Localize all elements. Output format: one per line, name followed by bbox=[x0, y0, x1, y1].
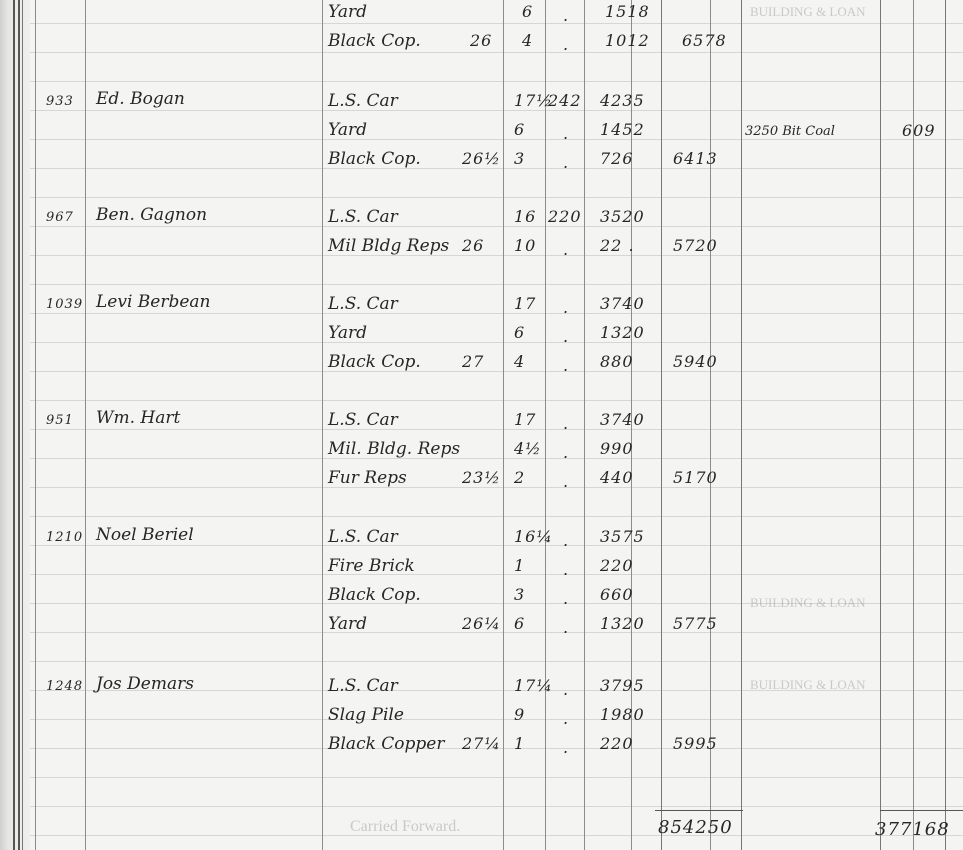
line-total: 5940 bbox=[673, 352, 718, 372]
binding-line bbox=[18, 0, 20, 850]
employee-name: Noel Beriel bbox=[96, 525, 194, 545]
employee-name: Levi Berbean bbox=[96, 292, 211, 312]
column-rule bbox=[503, 0, 504, 850]
line-description: L.S. Car bbox=[328, 676, 398, 696]
line-rate: . bbox=[563, 35, 569, 55]
employee-name: Ed. Bogan bbox=[96, 89, 185, 109]
line-rate-note: 27¼ bbox=[462, 734, 501, 754]
line-rate-note: 27 bbox=[462, 352, 484, 372]
line-description: Black Cop. bbox=[328, 149, 421, 169]
line-rate: . bbox=[563, 153, 569, 173]
line-hours: 4 bbox=[522, 31, 533, 51]
line-rate: . bbox=[563, 709, 569, 729]
line-description: L.S. Car bbox=[328, 410, 398, 430]
line-rate: . bbox=[563, 298, 569, 318]
column-rule bbox=[35, 0, 36, 850]
line-hours: 1 bbox=[514, 556, 525, 576]
total-wages: 854250 bbox=[658, 818, 733, 838]
total-underline bbox=[880, 810, 963, 811]
line-description: Yard bbox=[328, 614, 367, 634]
line-hours: 4 bbox=[514, 352, 525, 372]
line-rate: . bbox=[563, 560, 569, 580]
line-rate-note: 26 bbox=[470, 31, 492, 51]
line-rate: . bbox=[563, 240, 569, 260]
line-amount: 880 bbox=[600, 352, 634, 372]
ledger-page: BUILDING & LOAN BUILDING & LOAN BUILDING… bbox=[0, 0, 963, 850]
employee-number: 1039 bbox=[46, 295, 83, 315]
line-amount: 1518 bbox=[605, 2, 650, 22]
line-hours: 4½ bbox=[514, 439, 542, 459]
employee-number: 951 bbox=[46, 411, 74, 431]
column-rule bbox=[85, 0, 86, 850]
line-rate: . bbox=[563, 124, 569, 144]
column-rule bbox=[710, 0, 711, 850]
carried-forward-label: Carried Forward. bbox=[350, 818, 460, 836]
line-hours: 10 bbox=[514, 236, 536, 256]
line-rate: . bbox=[563, 356, 569, 376]
line-hours: 3 bbox=[514, 585, 525, 605]
line-description: Slag Pile bbox=[328, 705, 404, 725]
line-hours: 1 bbox=[514, 734, 525, 754]
line-rate: . bbox=[563, 589, 569, 609]
line-rate: 242 bbox=[548, 91, 582, 111]
line-description: Black Cop. bbox=[328, 352, 421, 372]
line-rate-note: 26½ bbox=[462, 149, 501, 169]
line-amount: 440 bbox=[600, 468, 634, 488]
deduction-amount: 609 bbox=[902, 121, 936, 141]
line-amount: 220 bbox=[600, 734, 634, 754]
line-hours: 17 bbox=[514, 294, 536, 314]
line-hours: 6 bbox=[522, 2, 533, 22]
line-amount: 220 bbox=[600, 556, 634, 576]
line-total: 5995 bbox=[673, 734, 718, 754]
binding-line bbox=[13, 0, 15, 850]
line-hours: 2 bbox=[514, 468, 525, 488]
line-amount: 1980 bbox=[600, 705, 645, 725]
line-description: Black Cop. bbox=[328, 31, 421, 51]
line-hours: 16 bbox=[514, 207, 536, 227]
line-rate: . bbox=[563, 472, 569, 492]
line-hours: 6 bbox=[514, 120, 525, 140]
line-rate: . bbox=[563, 414, 569, 434]
line-hours: 6 bbox=[514, 614, 525, 634]
line-hours: 3 bbox=[514, 149, 525, 169]
line-description: Yard bbox=[328, 2, 367, 22]
line-amount: 3740 bbox=[600, 294, 645, 314]
employee-number: 933 bbox=[46, 92, 74, 112]
total-underline bbox=[655, 810, 743, 811]
line-rate: . bbox=[563, 531, 569, 551]
column-rule bbox=[584, 0, 585, 850]
binding-margin bbox=[0, 0, 30, 850]
line-rate-note: 26¼ bbox=[462, 614, 501, 634]
line-rate: . bbox=[563, 443, 569, 463]
line-amount: 1320 bbox=[600, 614, 645, 634]
line-rate: . bbox=[563, 327, 569, 347]
line-hours: 6 bbox=[514, 323, 525, 343]
employee-name: Jos Demars bbox=[96, 674, 194, 694]
line-rate: . bbox=[563, 6, 569, 26]
column-rule bbox=[880, 0, 881, 850]
line-total: 6578 bbox=[682, 31, 727, 51]
line-hours: 9 bbox=[514, 705, 525, 725]
deduction-description: 3250 Bit Coal bbox=[745, 122, 835, 142]
line-rate-note: 23½ bbox=[462, 468, 501, 488]
line-description: Mil Bldg Reps bbox=[328, 236, 449, 256]
column-rule bbox=[322, 0, 323, 850]
employee-number: 967 bbox=[46, 208, 74, 228]
line-amount: 990 bbox=[600, 439, 634, 459]
binding-line bbox=[22, 0, 23, 850]
line-rate: 220 bbox=[548, 207, 582, 227]
column-rule bbox=[545, 0, 546, 850]
line-amount: 3795 bbox=[600, 676, 645, 696]
line-amount: 3520 bbox=[600, 207, 645, 227]
line-rate: . bbox=[563, 738, 569, 758]
line-description: L.S. Car bbox=[328, 91, 398, 111]
line-amount: 22 . bbox=[600, 236, 635, 256]
line-rate: . bbox=[563, 618, 569, 638]
line-total: 5775 bbox=[673, 614, 718, 634]
column-rule bbox=[945, 0, 946, 850]
line-description: Black Cop. bbox=[328, 585, 421, 605]
printed-watermark: BUILDING & LOAN bbox=[750, 677, 866, 693]
line-description: Fur Reps bbox=[328, 468, 407, 488]
line-total: 6413 bbox=[673, 149, 718, 169]
line-description: Mil. Bldg. Reps bbox=[328, 439, 460, 459]
line-rate: . bbox=[563, 680, 569, 700]
line-hours: 17 bbox=[514, 410, 536, 430]
employee-number: 1248 bbox=[46, 677, 83, 697]
line-amount: 660 bbox=[600, 585, 634, 605]
line-amount: 1452 bbox=[600, 120, 645, 140]
line-description: Yard bbox=[328, 120, 367, 140]
employee-number: 1210 bbox=[46, 528, 83, 548]
line-description: L.S. Car bbox=[328, 207, 398, 227]
line-amount: 3575 bbox=[600, 527, 645, 547]
line-description: L.S. Car bbox=[328, 527, 398, 547]
line-hours: 16¼ bbox=[514, 527, 553, 547]
line-amount: 726 bbox=[600, 149, 634, 169]
line-amount: 3740 bbox=[600, 410, 645, 430]
line-total: 5170 bbox=[673, 468, 718, 488]
line-amount: 4235 bbox=[600, 91, 645, 111]
line-description: L.S. Car bbox=[328, 294, 398, 314]
line-total: 5720 bbox=[673, 236, 718, 256]
line-description: Yard bbox=[328, 323, 367, 343]
column-rule bbox=[661, 0, 662, 850]
line-amount: 1012 bbox=[605, 31, 650, 51]
column-rule bbox=[741, 0, 742, 850]
line-rate-note: 26 bbox=[462, 236, 484, 256]
line-hours: 17¼ bbox=[514, 676, 553, 696]
line-description: Black Copper bbox=[328, 734, 445, 754]
line-description: Fire Brick bbox=[328, 556, 415, 576]
total-deductions: 377168 bbox=[875, 820, 950, 840]
line-amount: 1320 bbox=[600, 323, 645, 343]
employee-name: Wm. Hart bbox=[96, 408, 180, 428]
employee-name: Ben. Gagnon bbox=[96, 205, 207, 225]
printed-watermark: BUILDING & LOAN bbox=[750, 4, 866, 20]
printed-watermark: BUILDING & LOAN bbox=[750, 595, 866, 611]
